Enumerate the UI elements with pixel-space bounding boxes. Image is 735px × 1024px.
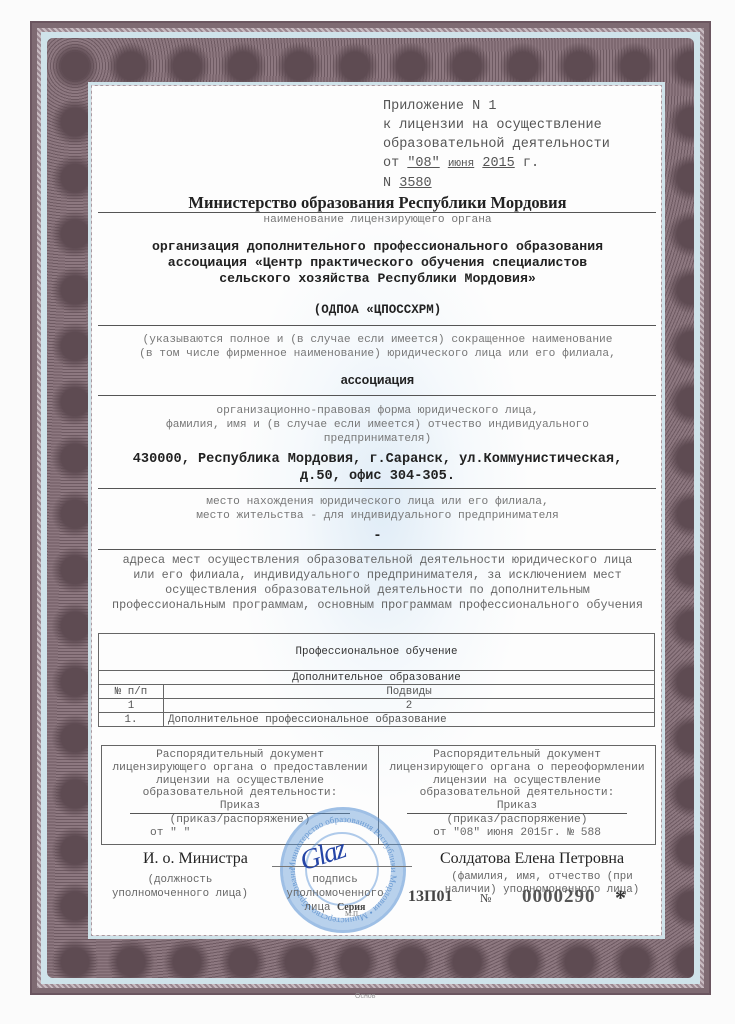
table-subsection-row: Дополнительное образование xyxy=(99,671,655,685)
address-value: 430000, Республика Мордовия, г.Саранск, … xyxy=(95,451,660,485)
number-prefix: N xyxy=(383,176,391,191)
date-suffix: г. xyxy=(523,156,539,171)
appendix-line1: Приложение N 1 xyxy=(383,97,610,116)
organization-hint: (указываются полное и (в случае если име… xyxy=(95,333,660,361)
address-hint: место нахождения юридического лица или е… xyxy=(95,495,660,523)
divider xyxy=(98,549,656,550)
doc-line: образовательной деятельности: xyxy=(379,787,655,800)
asterisk-mark: * xyxy=(615,885,626,911)
date-prefix: от xyxy=(383,156,399,171)
doc-line: лицензирующего органа о переоформлении xyxy=(379,762,655,775)
stamp-place-label: М.П. xyxy=(345,910,360,918)
blank-series: 13П01 xyxy=(408,888,452,906)
official-position: И. о. Министра xyxy=(143,850,248,868)
hint-line: подпись xyxy=(285,873,385,887)
authority-name: Министерство образования Республики Морд… xyxy=(95,193,660,213)
footer-mark: Основ xyxy=(355,993,375,1000)
doc-line: лицензирующего органа о предоставлении xyxy=(102,762,378,775)
hint-line: предпринимателя) xyxy=(95,432,660,446)
hint-line: профессиональным программам, основным пр… xyxy=(95,598,660,613)
date-day: "08" xyxy=(407,156,439,171)
appendix-line2: к лицензии на осуществление xyxy=(383,116,610,135)
doc-line: лицензии на осуществление xyxy=(379,775,655,788)
subsection-title: Дополнительное образование xyxy=(99,671,655,685)
date-year: 2015 xyxy=(482,156,514,171)
activity-address-hint: адреса мест осуществления образовательно… xyxy=(95,553,660,613)
hint-line: (в том числе фирменное наименование) юри… xyxy=(95,347,660,361)
doc-date: от "08" июня 2015г. № 588 xyxy=(379,827,655,840)
organization-short-name: (ОДПОА «ЦПОССХРМ) xyxy=(95,303,660,317)
column-number: 1 xyxy=(99,699,164,713)
hint-line: (должность xyxy=(100,873,260,887)
doc-type: Приказ xyxy=(407,800,627,814)
hint-line: (фамилия, имя, отчество (при xyxy=(422,871,662,884)
hint-line: осуществления образовательной деятельнос… xyxy=(95,583,660,598)
education-table: Профессиональное обучение Дополнительное… xyxy=(98,633,655,727)
section-title: Профессиональное обучение xyxy=(99,634,655,671)
official-name: Солдатова Елена Петровна xyxy=(440,850,624,868)
doc-type-hint: (приказ/распоряжение) xyxy=(379,814,655,827)
table-number-row: 1 2 xyxy=(99,699,655,713)
hint-line: лица xyxy=(305,902,331,914)
appendix-date: от "08" июня 2015 г. xyxy=(383,154,610,174)
column-header: № п/п xyxy=(99,685,164,699)
table-row: 1. Дополнительное профессиональное образ… xyxy=(99,713,655,727)
signature-hint: подпись уполномоченного лица Серия xyxy=(285,873,385,915)
activity-address-value: - xyxy=(95,528,660,544)
blank-number: 0000290 xyxy=(522,886,596,908)
license-number: 3580 xyxy=(399,176,431,191)
appendix-header: Приложение N 1 к лицензии на осуществлен… xyxy=(383,97,610,193)
divider xyxy=(98,395,656,396)
org-name-line: сельского хозяйства Республики Мордовия» xyxy=(95,271,660,287)
org-name-line: ассоциация «Центр практического обучения… xyxy=(95,255,660,271)
table-header-row: № п/п Подвиды xyxy=(99,685,655,699)
doc-line: лицензии на осуществление xyxy=(102,775,378,788)
row-name: Дополнительное профессиональное образова… xyxy=(164,713,655,727)
appendix-number: N 3580 xyxy=(383,174,610,193)
appendix-line3: образовательной деятельности xyxy=(383,135,610,154)
hint-line: фамилия, имя и (в случае если имеется) о… xyxy=(95,418,660,432)
hint-line: уполномоченного лица) xyxy=(100,887,260,901)
hint-line: место жительства - для индивидуального п… xyxy=(95,509,660,523)
org-name-line: организация дополнительного профессионал… xyxy=(95,239,660,255)
hint-line: место нахождения юридического лица или е… xyxy=(95,495,660,509)
organization-full-name: организация дополнительного профессионал… xyxy=(95,239,660,287)
address-line: д.50, офис 304-305. xyxy=(95,468,660,485)
doc-line: Распорядительный документ xyxy=(102,749,378,762)
hint-line: (указываются полное и (в случае если име… xyxy=(95,333,660,347)
authority-hint: наименование лицензирующего органа xyxy=(95,213,660,227)
column-number: 2 xyxy=(164,699,655,713)
table-section-row: Профессиональное обучение xyxy=(99,634,655,671)
column-header: Подвиды xyxy=(164,685,655,699)
doc-line: образовательной деятельности: xyxy=(102,787,378,800)
hint-line: организационно-правовая форма юридическо… xyxy=(95,404,660,418)
doc-line: Распорядительный документ xyxy=(379,749,655,762)
number-sign: № xyxy=(480,891,491,906)
date-month: июня xyxy=(448,158,474,170)
legal-form-value: ассоциация xyxy=(95,373,660,387)
legal-form-hint: организационно-правовая форма юридическо… xyxy=(95,404,660,446)
hint-line: или его филиала, индивидуального предпри… xyxy=(95,568,660,583)
hint-line: адреса мест осуществления образовательно… xyxy=(95,553,660,568)
divider xyxy=(98,488,656,489)
hint-line: уполномоченного xyxy=(285,887,385,901)
reissuance-document: Распорядительный документ лицензирующего… xyxy=(379,746,655,844)
row-number: 1. xyxy=(99,713,164,727)
divider xyxy=(98,325,656,326)
address-line: 430000, Республика Мордовия, г.Саранск, … xyxy=(95,451,660,468)
position-hint: (должность уполномоченного лица) xyxy=(100,873,260,901)
